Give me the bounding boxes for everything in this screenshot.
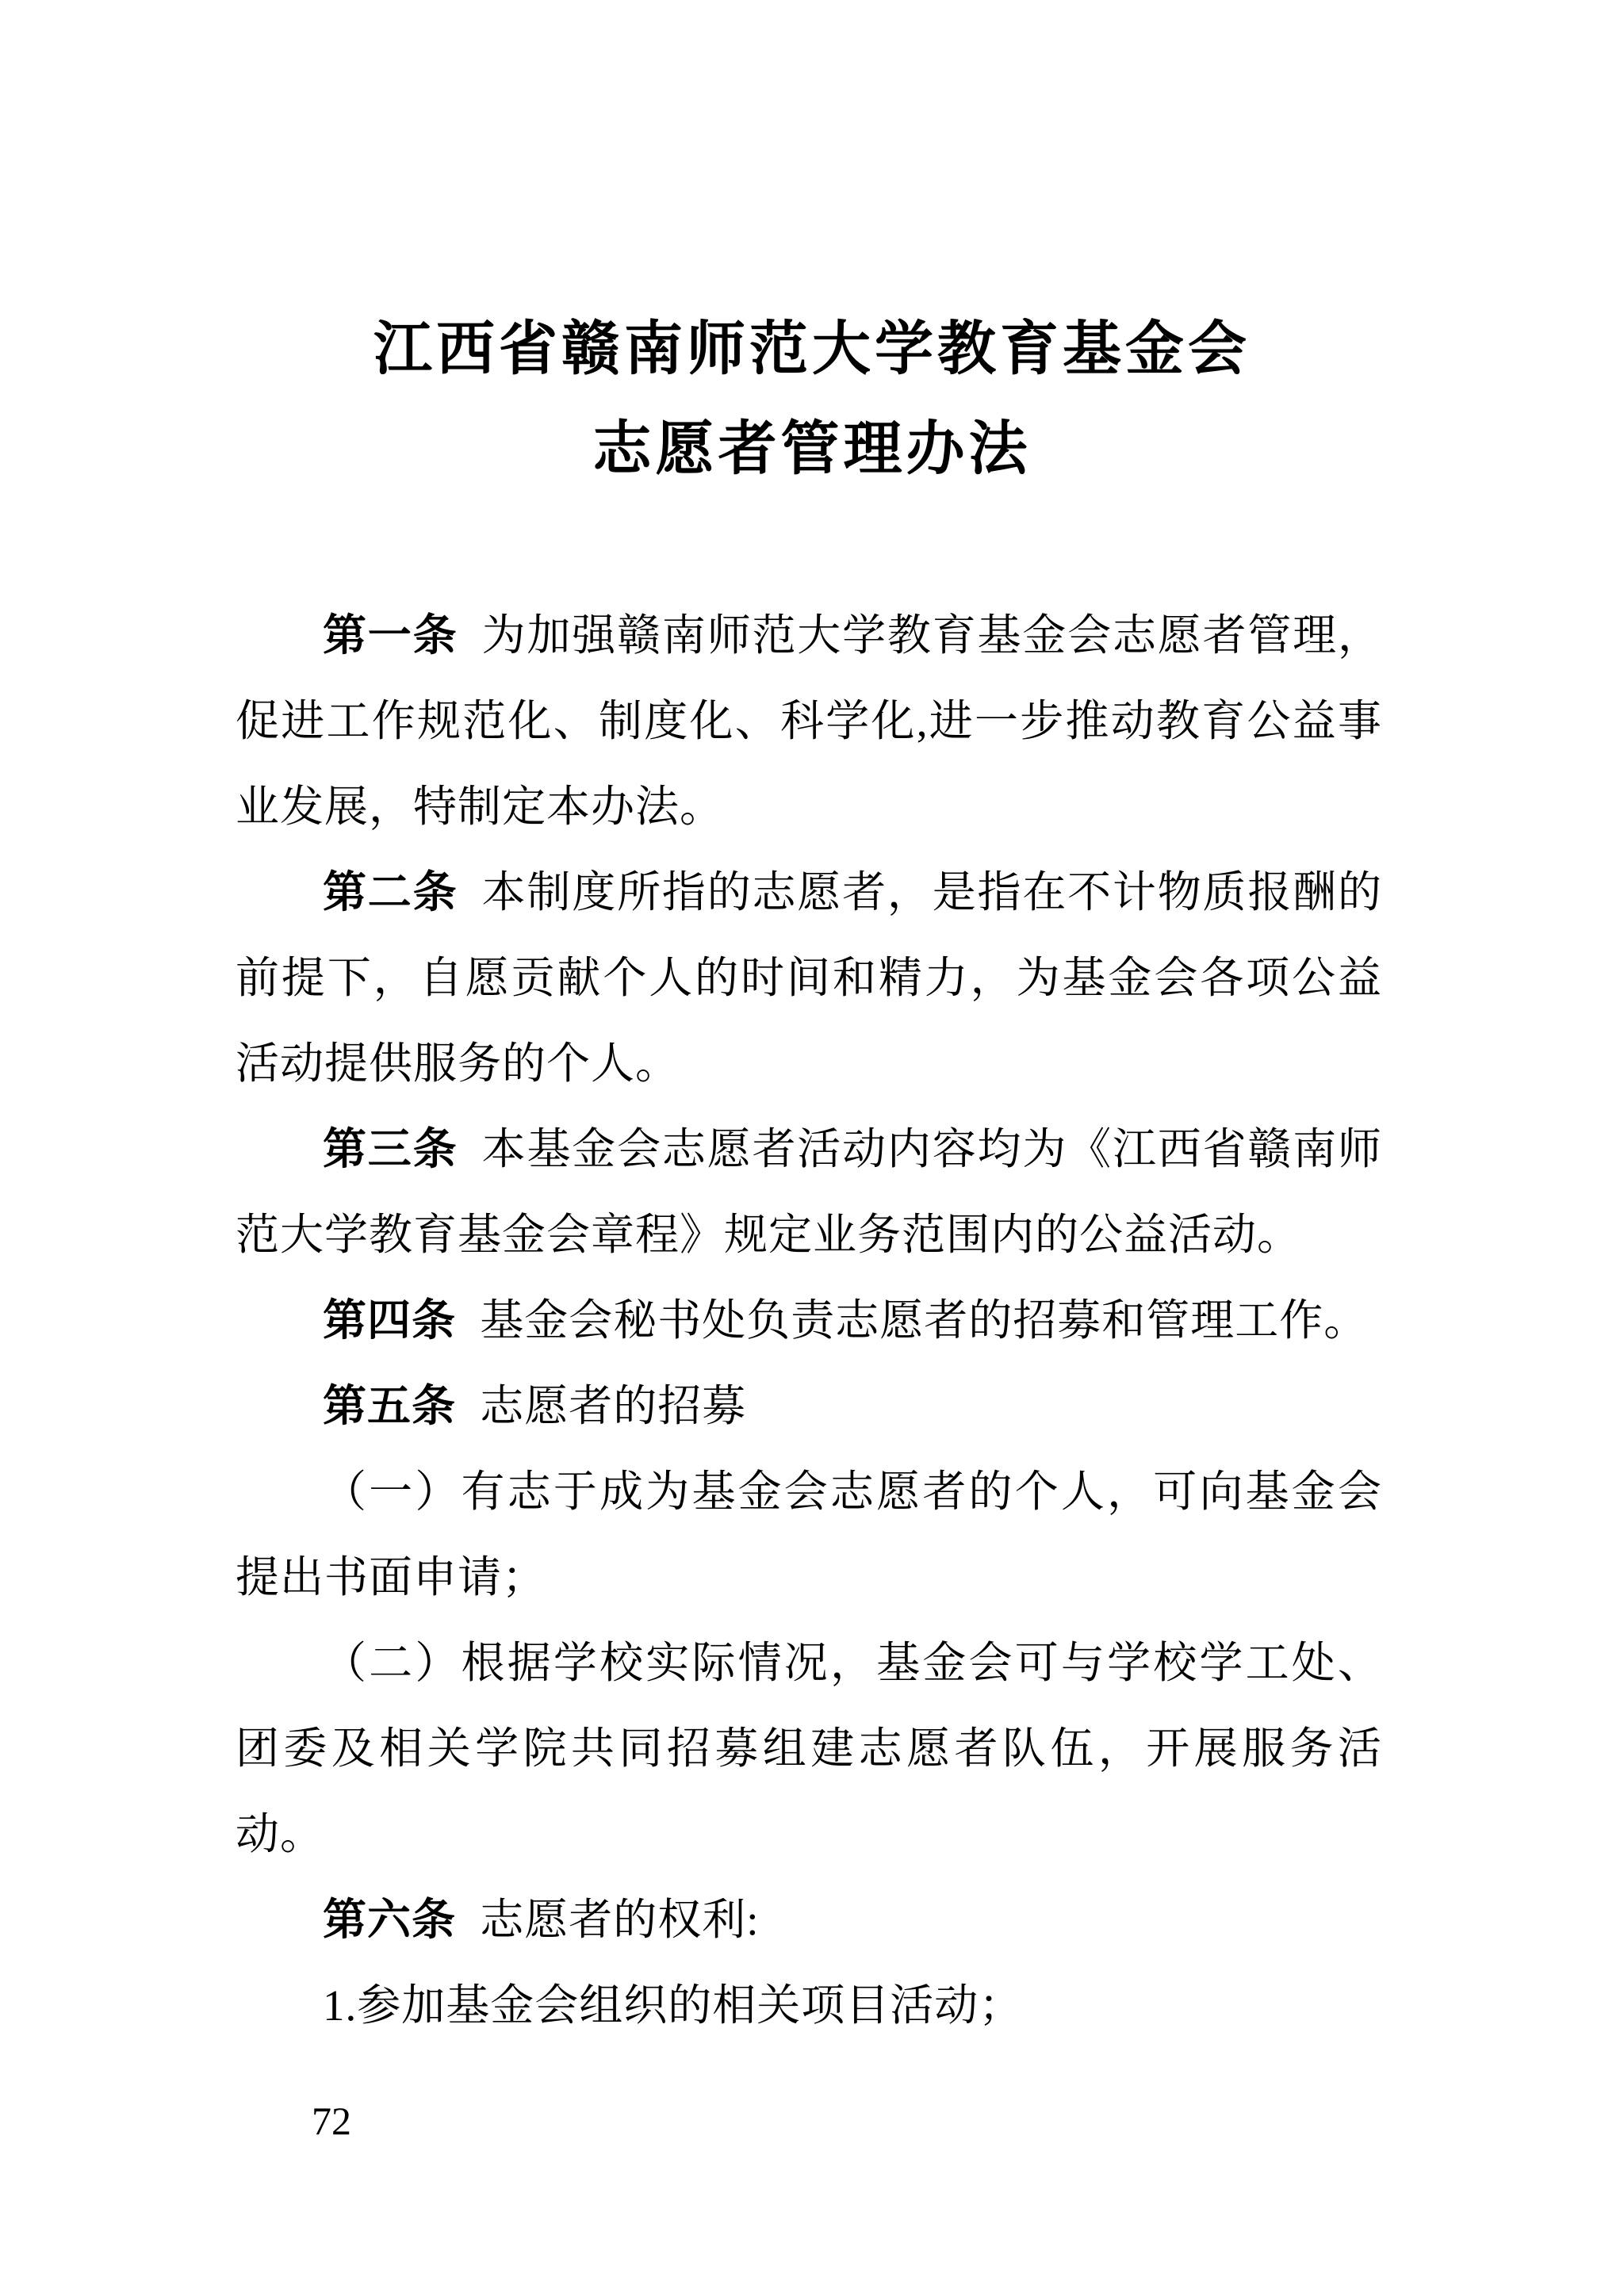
page-number: 72 bbox=[312, 2097, 351, 2145]
article-label: 第六条 bbox=[323, 1896, 456, 1944]
article-label: 第一条 bbox=[323, 611, 458, 660]
paragraph-text: （二）根据学校实际情况，基金会可与学校学工处、团委及相关学院共同招募组建志愿者队… bbox=[236, 1639, 1382, 1858]
document-title-line-2: 志愿者管理办法 bbox=[0, 400, 1624, 499]
paragraph-article-6: 第六条志愿者的权利: bbox=[236, 1877, 1382, 1963]
paragraph-article-1: 第一条为加强赣南师范大学教育基金会志愿者管理，促进工作规范化、制度化、科学化,进… bbox=[236, 593, 1382, 850]
document-title-line-1: 江西省赣南师范大学教育基金会 bbox=[0, 300, 1624, 400]
paragraph-article-2: 第二条本制度所指的志愿者，是指在不计物质报酬的前提下，自愿贡献个人的时间和精力，… bbox=[236, 850, 1382, 1107]
paragraph-article-5: 第五条志愿者的招募 bbox=[236, 1364, 1382, 1449]
paragraph-text: 志愿者的权利: bbox=[480, 1896, 759, 1944]
paragraph-text: 基金会秘书处负责志愿者的招募和管理工作。 bbox=[480, 1296, 1368, 1345]
paragraph-article-3: 第三条本基金会志愿者活动内容均为《江西省赣南师范大学教育基金会章程》规定业务范围… bbox=[236, 1107, 1382, 1278]
paragraph-numbered-item-1: 1.参加基金会组织的相关项目活动； bbox=[236, 1963, 1382, 2049]
document-body: 第一条为加强赣南师范大学教育基金会志愿者管理，促进工作规范化、制度化、科学化,进… bbox=[236, 593, 1382, 2049]
article-label: 第二条 bbox=[323, 868, 458, 916]
paragraph-text: 1.参加基金会组织的相关项目活动； bbox=[323, 1981, 1023, 2030]
document-page: 江西省赣南师范大学教育基金会 志愿者管理办法 第一条为加强赣南师范大学教育基金会… bbox=[0, 0, 1624, 2296]
paragraph-text: 志愿者的招募 bbox=[480, 1382, 746, 1430]
article-label: 第四条 bbox=[323, 1296, 456, 1345]
document-title: 江西省赣南师范大学教育基金会 志愿者管理办法 bbox=[0, 0, 1624, 499]
article-label: 第五条 bbox=[323, 1382, 456, 1430]
paragraph-subitem-1: （一）有志于成为基金会志愿者的个人，可向基金会提出书面申请； bbox=[236, 1449, 1382, 1621]
article-label: 第三条 bbox=[323, 1125, 458, 1173]
paragraph-text: （一）有志于成为基金会志愿者的个人，可向基金会提出书面申请； bbox=[236, 1468, 1382, 1601]
paragraph-article-4: 第四条基金会秘书处负责志愿者的招募和管理工作。 bbox=[236, 1278, 1382, 1364]
paragraph-subitem-2: （二）根据学校实际情况，基金会可与学校学工处、团委及相关学院共同招募组建志愿者队… bbox=[236, 1621, 1382, 1877]
